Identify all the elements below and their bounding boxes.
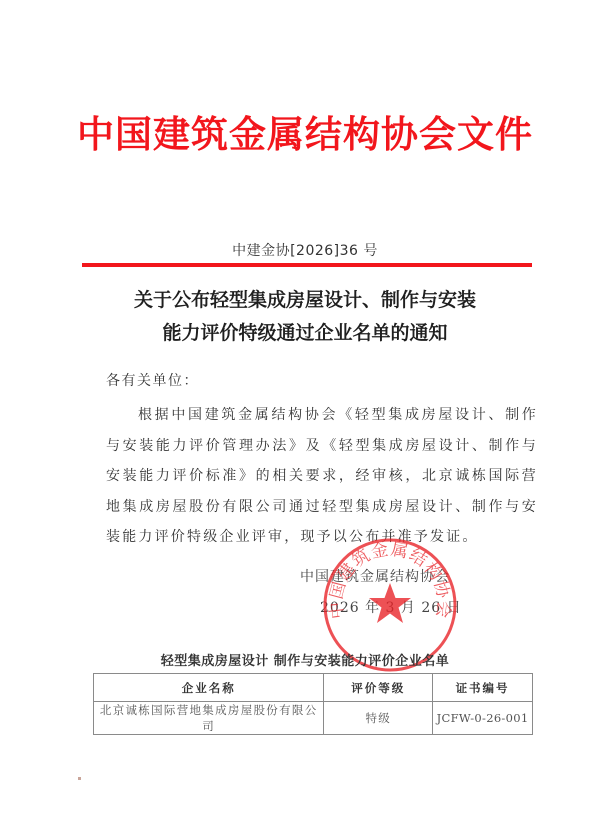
table-title: 轻型集成房屋设计 制作与安装能力评价企业名单 xyxy=(0,650,610,669)
salutation: 各有关单位： xyxy=(106,370,199,390)
cell-enterprise-name: 北京诚栋国际营地集成房屋股份有限公司 xyxy=(94,702,324,735)
column-header-certificate-number: 证书编号 xyxy=(433,674,533,702)
column-header-rating-level: 评价等级 xyxy=(324,674,433,702)
cell-certificate-number: JCFW-0-26-001 xyxy=(433,702,533,735)
header-divider xyxy=(82,263,532,267)
notice-title-line-1: 关于公布轻型集成房屋设计、制作与安装 xyxy=(0,284,610,317)
document-header-title: 中国建筑金属结构协会文件 xyxy=(0,112,610,156)
document-number: 中建金协[2026]36 号 xyxy=(0,240,610,260)
notice-title: 关于公布轻型集成房屋设计、制作与安装 能力评价特级通过企业名单的通知 xyxy=(0,284,610,350)
table-header-row: 企业名称 评价等级 证书编号 xyxy=(94,674,533,702)
enterprise-list-table: 企业名称 评价等级 证书编号 北京诚栋国际营地集成房屋股份有限公司 特级 JCF… xyxy=(93,673,533,735)
scan-artifact xyxy=(78,777,81,780)
cell-rating-level: 特级 xyxy=(324,702,433,735)
notice-title-line-2: 能力评价特级通过企业名单的通知 xyxy=(0,317,610,350)
signature-organization: 中国建筑金属结构协会 xyxy=(300,566,450,586)
body-paragraph: 根据中国建筑金属结构协会《轻型集成房屋设计、制作与安装能力评价管理办法》及《轻型… xyxy=(106,400,538,553)
table-row: 北京诚栋国际营地集成房屋股份有限公司 特级 JCFW-0-26-001 xyxy=(94,702,533,735)
signature-date: 2026 年 3 月 26 日 xyxy=(320,597,462,617)
column-header-enterprise-name: 企业名称 xyxy=(94,674,324,702)
